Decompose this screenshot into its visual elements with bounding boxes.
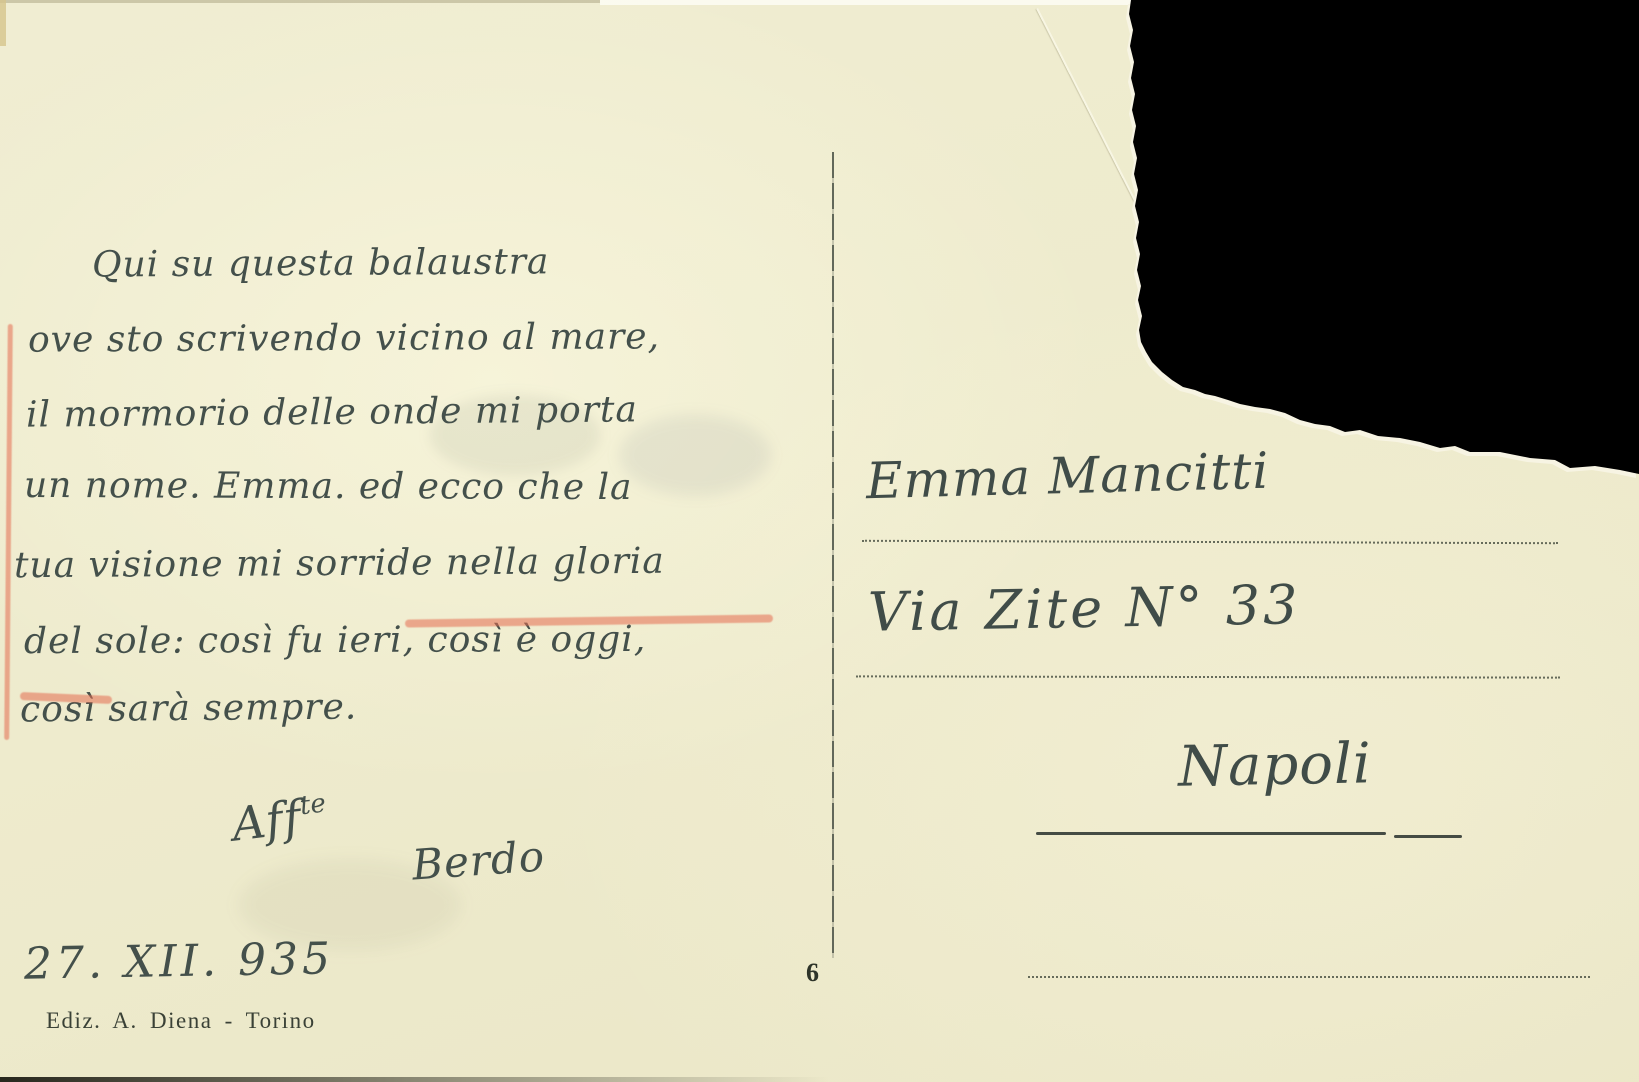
top-edge-shadow: [0, 0, 600, 3]
message-line: un nome. Emma. ed ecco che la: [24, 465, 633, 508]
message-line: così sarà sempre.: [20, 687, 358, 731]
address-city: Napoli: [1177, 731, 1372, 799]
postcard-scan: Qui su questa balaustra ove sto scrivend…: [0, 0, 1639, 1082]
signature-prefix: Affte: [229, 786, 330, 851]
card-number: 6: [806, 958, 819, 988]
left-edge-sliver: [0, 0, 6, 46]
address-dotted-line: [862, 540, 1558, 544]
bottom-edge-shadow: [0, 1077, 830, 1082]
center-divider-line: [832, 152, 834, 958]
message-line: tua visione mi sorride nella gloria: [14, 541, 665, 587]
top-edge-highlight: [600, 0, 1135, 5]
message-line: Qui su questa balaustra: [92, 241, 550, 285]
date-handwritten: 27. XII. 935: [24, 933, 335, 989]
city-underline: [1036, 832, 1386, 835]
ink-showthrough-smudge: [620, 415, 770, 495]
signature-superscript: te: [298, 788, 327, 821]
address-dotted-line: [856, 675, 1560, 678]
address-recipient: Emma Mancitti: [865, 442, 1270, 511]
signature-name: Berdo: [410, 831, 546, 889]
signature-prefix-text: Aff: [229, 790, 305, 852]
red-margin-line: [4, 324, 13, 740]
address-dotted-line: [1028, 976, 1590, 978]
address-street: Via Zite N° 33: [867, 573, 1300, 644]
message-line: il mormorio delle onde mi porta: [26, 389, 638, 435]
publisher-imprint: Ediz. A. Diena - Torino: [46, 1008, 316, 1034]
city-underline-tail: [1394, 835, 1462, 838]
message-line: ove sto scrivendo vicino al mare,: [28, 316, 660, 360]
